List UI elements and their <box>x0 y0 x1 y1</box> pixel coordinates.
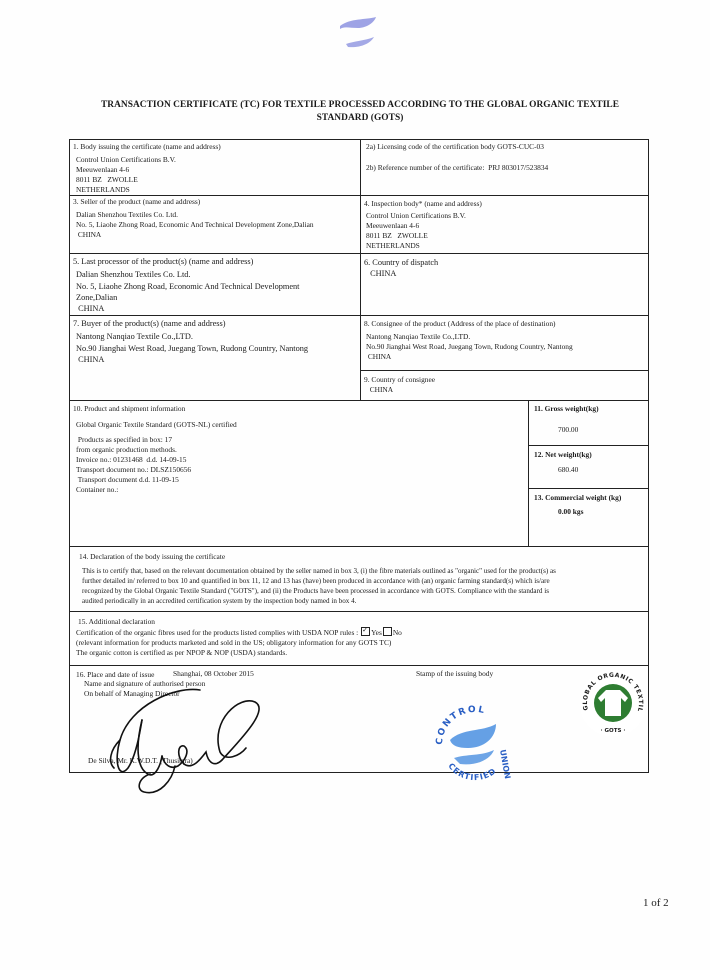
certificate-title: TRANSACTION CERTIFICATE (TC) FOR TEXTILE… <box>80 99 640 125</box>
box-1-line: Control Union Certifications B.V. <box>76 155 176 165</box>
box-10-product-shipment: 10. Product and shipment information Glo… <box>69 400 529 547</box>
box-9-value: CHINA <box>366 385 393 395</box>
box-14-text: recognized by the Global Organic Textile… <box>82 586 549 596</box>
box-8-line: Nantong Nanqiao Textile Co.,LTD. <box>366 332 470 342</box>
box-10-line: from organic production methods. <box>76 445 177 455</box>
box-2a-licensing-code: 2a) Licensing code of the certification … <box>366 142 544 152</box>
box-7-line: No.90 Jianghai West Road, Juegang Town, … <box>76 343 308 355</box>
box-4-line: NETHERLANDS <box>366 241 420 251</box>
box-5-last-processor: 5. Last processor of the product(s) (nam… <box>69 253 361 316</box>
box-3-line: Dalian Shenzhou Textiles Co. Ltd. <box>76 210 178 220</box>
box-1-line: Meeuwenlaan 4-6 <box>76 165 129 175</box>
control-union-text-right: UNION <box>498 749 512 780</box>
box-2b-reference-number: 2b) Reference number of the certificate:… <box>366 163 548 173</box>
box-13-label: 13. Commercial weight (kg) <box>534 493 621 503</box>
box-14-text: audited periodically in an accredited ce… <box>82 596 356 606</box>
box-10-line: Products as specified in box: 17 <box>76 435 172 445</box>
box-2-licensing: 2a) Licensing code of the certification … <box>360 139 649 196</box>
box-15-compliance-row: Certification of the organic fibres used… <box>76 627 402 638</box>
signature-scribble <box>80 680 280 800</box>
box-4-line: 8011 BZ ZWOLLE <box>366 231 428 241</box>
box-1-label: 1. Body issuing the certificate (name an… <box>73 142 221 152</box>
box-8-label: 8. Consignee of the product (Address of … <box>364 319 556 329</box>
box-3-line: No. 5, Liaohe Zhong Road, Economic And T… <box>76 220 314 230</box>
box-10-label: 10. Product and shipment information <box>73 404 185 414</box>
box-15-additional-declaration: 15. Additional declaration Certification… <box>69 611 649 666</box>
box-3-seller: 3. Seller of the product (name and addre… <box>69 195 361 254</box>
box-1-line: 8011 BZ ZWOLLE <box>76 175 138 185</box>
box-3-line: CHINA <box>76 230 101 240</box>
box-5-line: CHINA <box>76 303 104 315</box>
title-line-2: STANDARD (GOTS) <box>80 112 640 125</box>
control-union-certified-stamp: CONTROL UNION CERTIFIED <box>430 700 520 790</box>
box-10-invoice: Invoice no.: 01231468 d.d. 14-09-15 <box>76 455 186 465</box>
page-indicator: 1 of 2 <box>643 897 669 909</box>
box-8-line: CHINA <box>366 352 391 362</box>
title-line-1: TRANSACTION CERTIFICATE (TC) FOR TEXTILE… <box>80 99 640 112</box>
box-12-value: 680.40 <box>558 465 578 475</box>
box-10-standard: Global Organic Textile Standard (GOTS-NL… <box>76 420 237 430</box>
box-11-value: 700.00 <box>558 425 578 435</box>
box-13-value: 0.00 kgs <box>558 507 583 517</box>
box-11-label: 11. Gross weight(kg) <box>534 404 599 414</box>
box-4-line: Meeuwenlaan 4-6 <box>366 221 419 231</box>
box-12-net-weight: 12. Net weight(kg) 680.40 <box>528 445 649 489</box>
box-10-transport-doc: Transport document no.: DLSZ150656 <box>76 465 191 475</box>
box-14-declaration: 14. Declaration of the body issuing the … <box>69 546 649 612</box>
yes-checkbox[interactable] <box>361 627 370 636</box>
box-15-label: 15. Additional declaration <box>78 617 155 627</box>
place-date-value: Shanghai, 08 October 2015 <box>173 669 254 679</box>
no-label: No <box>393 628 402 637</box>
control-union-logo-mark <box>336 14 382 52</box>
box-10-container: Container no.: <box>76 485 118 495</box>
box-5-line: Dalian Shenzhou Textiles Co. Ltd. <box>76 269 190 281</box>
yes-label: Yes <box>371 628 382 637</box>
box-9-label: 9. Country of consignee <box>364 375 435 385</box>
box-8-consignee: 8. Consignee of the product (Address of … <box>360 315 649 371</box>
box-7-buyer: 7. Buyer of the product(s) (name and add… <box>69 315 361 401</box>
box-3-label: 3. Seller of the product (name and addre… <box>73 197 200 207</box>
gots-logo-stamp: GLOBAL ORGANIC TEXTILE STANDARD · GOTS · <box>578 668 648 738</box>
box-15-standards: The organic cotton is certified as per N… <box>76 648 287 658</box>
box-13-commercial-weight: 13. Commercial weight (kg) 0.00 kgs <box>528 488 649 547</box>
box-7-label: 7. Buyer of the product(s) (name and add… <box>73 318 226 330</box>
svg-text:CERTIFIED: CERTIFIED <box>446 761 498 782</box>
box-1-issuing-body: 1. Body issuing the certificate (name an… <box>69 139 361 196</box>
box-14-text: This is to certify that, based on the re… <box>82 566 556 576</box>
stamp-label: Stamp of the issuing body <box>416 669 493 679</box>
box-11-gross-weight: 11. Gross weight(kg) 700.00 <box>528 400 649 446</box>
box-9-country-consignee: 9. Country of consignee CHINA <box>360 370 649 401</box>
box-15-note: (relevant information for products marke… <box>76 638 391 648</box>
box-14-label: 14. Declaration of the body issuing the … <box>79 552 225 562</box>
box-7-line: Nantong Nanqiao Textile Co.,LTD. <box>76 331 193 343</box>
box-12-label: 12. Net weight(kg) <box>534 450 592 460</box>
gots-bottom-text: · GOTS · <box>601 728 626 734</box>
box-6-value: CHINA <box>366 268 396 280</box>
box-1-line: NETHERLANDS <box>76 185 130 195</box>
no-checkbox[interactable] <box>383 627 392 636</box>
box-14-text: further detailed in/ referred to box 10 … <box>82 576 550 586</box>
box-4-inspection-body: 4. Inspection body* (name and address) C… <box>360 195 649 254</box>
box-15-compliance-text: Certification of the organic fibres used… <box>76 628 360 637</box>
control-union-text-bottom: CERTIFIED <box>446 761 498 782</box>
box-5-label: 5. Last processor of the product(s) (nam… <box>73 256 253 268</box>
box-7-line: CHINA <box>76 354 104 366</box>
box-4-label: 4. Inspection body* (name and address) <box>364 199 482 209</box>
box-4-line: Control Union Certifications B.V. <box>366 211 466 221</box>
box-8-line: No.90 Jianghai West Road, Juegang Town, … <box>366 342 573 352</box>
box-6-country-dispatch: 6. Country of dispatch CHINA <box>360 253 649 316</box>
box-10-transport-date: Transport document d.d. 11-09-15 <box>76 475 179 485</box>
